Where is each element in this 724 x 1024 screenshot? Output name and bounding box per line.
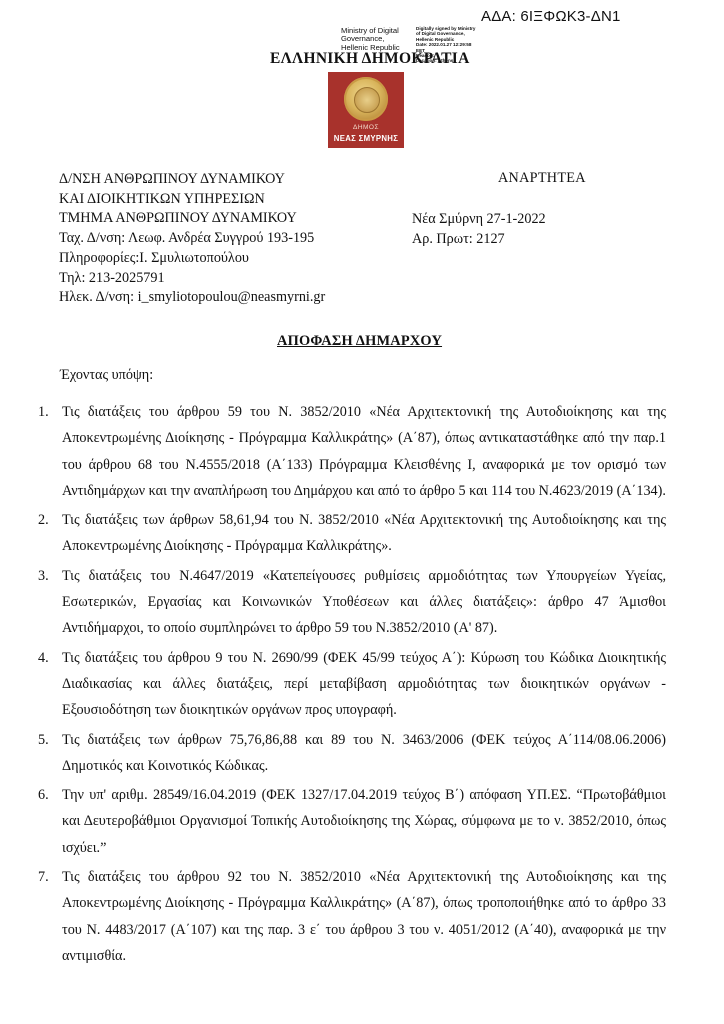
- sender-block: Δ/ΝΣΗ ΑΝΘΡΩΠΙΝΟΥ ΔΥΝΑΜΙΚΟΥ ΚΑΙ ΔΙΟΙΚΗΤΙΚ…: [59, 170, 325, 308]
- clause-item: 2. Τις διατάξεις των άρθρων 58,61,94 του…: [38, 507, 666, 560]
- clause-text: Τις διατάξεις του άρθρου 92 του Ν. 3852/…: [62, 869, 666, 964]
- seal-icon: [344, 77, 388, 121]
- ada-code: ΑΔΑ: 6ΙΞΦΩΚ3-ΔΝ1: [481, 8, 621, 25]
- document-meta: Νέα Σμύρνη 27-1-2022 Αρ. Πρωτ: 2127: [412, 210, 546, 249]
- clause-number: 4.: [38, 645, 49, 671]
- considering-intro: Έχοντας υπόψη:: [60, 367, 153, 384]
- clause-text: Τις διατάξεις των άρθρων 58,61,94 του Ν.…: [62, 512, 666, 554]
- protocol-number: Αρ. Πρωτ: 2127: [412, 230, 546, 250]
- logo-city-name: ΝΕΑΣ ΣΜΥΡΝΗΣ: [328, 134, 404, 143]
- clause-text: Τις διατάξεις του Ν.4647/2019 «Κατεπείγο…: [62, 568, 666, 637]
- country-heading: ΕΛΛΗΝΙΚΗ ΔΗΜΟΚΡΑΤΙΑ: [270, 50, 470, 68]
- logo-top-text: ΔΗΜΟΣ: [328, 124, 404, 131]
- clause-item: 1. Τις διατάξεις του άρθρου 59 του Ν. 38…: [38, 399, 666, 504]
- clauses-list: 1. Τις διατάξεις του άρθρου 59 του Ν. 38…: [38, 399, 666, 972]
- clause-item: 3. Τις διατάξεις του Ν.4647/2019 «Κατεπε…: [38, 563, 666, 642]
- clause-number: 5.: [38, 727, 49, 753]
- sender-email: Ηλεκ. Δ/νση: i_smyliotopoulou@neasmyrni.…: [59, 288, 325, 308]
- clause-number: 1.: [38, 399, 49, 425]
- clause-item: 7. Τις διατάξεις του άρθρου 92 του Ν. 38…: [38, 864, 666, 969]
- sender-line: Πληροφορίες:Ι. Σμυλιωτοπούλου: [59, 249, 325, 269]
- clause-number: 2.: [38, 507, 49, 533]
- sender-line: Δ/ΝΣΗ ΑΝΘΡΩΠΙΝΟΥ ΔΥΝΑΜΙΚΟΥ: [59, 170, 325, 190]
- clause-text: Τις διατάξεις του άρθρου 59 του Ν. 3852/…: [62, 404, 666, 499]
- sender-line: ΤΜΗΜΑ ΑΝΘΡΩΠΙΝΟΥ ΔΥΝΑΜΙΚΟΥ: [59, 209, 325, 229]
- digital-signature-signer: Ministry of Digital Governance, Hellenic…: [341, 27, 400, 52]
- clause-item: 5. Τις διατάξεις των άρθρων 75,76,86,88 …: [38, 727, 666, 780]
- clause-text: Την υπ' αριθμ. 28549/16.04.2019 (ΦΕΚ 132…: [62, 787, 666, 856]
- clause-number: 7.: [38, 864, 49, 890]
- clause-item: 6. Την υπ' αριθμ. 28549/16.04.2019 (ΦΕΚ …: [38, 782, 666, 861]
- decision-title: ΑΠΟΦΑΣΗ ΔΗΜΑΡΧΟΥ: [277, 333, 442, 350]
- sender-line: Τηλ: 213-2025791: [59, 269, 325, 289]
- sender-line: Ταχ. Δ/νση: Λεωφ. Ανδρέα Συγγρού 193-195: [59, 229, 325, 249]
- clause-number: 3.: [38, 563, 49, 589]
- posting-label: ΑΝΑΡΤΗΤΕΑ: [498, 170, 586, 187]
- seal-center-icon: [354, 87, 380, 113]
- clause-text: Τις διατάξεις των άρθρων 75,76,86,88 και…: [62, 732, 666, 774]
- sender-line: ΚΑΙ ΔΙΟΙΚΗΤΙΚΩΝ ΥΠΗΡΕΣΙΩΝ: [59, 190, 325, 210]
- clause-text: Τις διατάξεις του άρθρου 9 του Ν. 2690/9…: [62, 650, 666, 719]
- clause-item: 4. Τις διατάξεις του άρθρου 9 του Ν. 269…: [38, 645, 666, 724]
- signature-detail-line: Date: 2022.01.27 12:29:58: [416, 42, 476, 47]
- place-date: Νέα Σμύρνη 27-1-2022: [412, 210, 546, 230]
- municipality-logo: ΔΗΜΟΣ ΝΕΑΣ ΣΜΥΡΝΗΣ: [328, 72, 404, 148]
- clause-number: 6.: [38, 782, 49, 808]
